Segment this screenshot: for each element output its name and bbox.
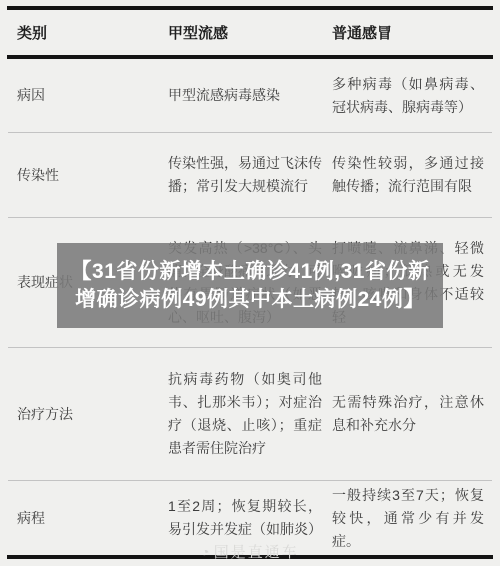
watermark-text: 国是直通车 — [214, 541, 299, 562]
table-row-infectivity: 传染性 传染性强，易通过飞沫传播；常引发大规模流行 传染性较弱，多通过接触传播；… — [8, 133, 492, 218]
row-label: 传染性 — [8, 164, 168, 187]
cold-cell: 多种病毒（如鼻病毒、冠状病毒、腺病毒等） — [328, 73, 492, 119]
table-row-cause: 病因 甲型流感病毒感染 多种病毒（如鼻病毒、冠状病毒、腺病毒等） — [8, 59, 492, 133]
flu-cell: 甲型流感病毒感染 — [168, 84, 328, 107]
flu-cell: 传染性强，易通过飞沫传播；常引发大规模流行 — [168, 152, 328, 198]
header-category: 类别 — [8, 22, 168, 43]
table-header-row: 类别 甲型流感 普通感冒 — [8, 10, 492, 55]
row-label: 治疗方法 — [8, 403, 168, 426]
row-label: 病程 — [8, 507, 168, 530]
news-headline-text: 【31省份新增本土确诊41例,31省份新增确诊病例49例其中本土病例24例】 — [63, 258, 437, 314]
watermark: ◔ 国是直通车 — [0, 541, 500, 562]
table-row-treatment: 治疗方法 抗病毒药物（如奥司他韦、扎那米韦）；对症治疗（退烧、止咳）；重症患者需… — [8, 348, 492, 481]
header-cold: 普通感冒 — [328, 22, 492, 43]
infographic-comparison-table: 类别 甲型流感 普通感冒 病因 甲型流感病毒感染 多种病毒（如鼻病毒、冠状病毒、… — [0, 0, 500, 566]
news-headline-overlay: 【31省份新增本土确诊41例,31省份新增确诊病例49例其中本土病例24例】 — [57, 243, 443, 328]
cold-cell: 无需特殊治疗，注意休息和补充水分 — [328, 391, 492, 437]
flu-cell: 抗病毒药物（如奥司他韦、扎那米韦）；对症治疗（退烧、止咳）；重症患者需住院治疗 — [168, 368, 328, 460]
flu-cell: 1至2周；恢复期较长，易引发并发症（如肺炎） — [168, 495, 328, 541]
watermark-logo-icon: ◔ — [199, 543, 211, 561]
header-flu: 甲型流感 — [168, 22, 328, 43]
cold-cell: 传染性较弱，多通过接触传播；流行范围有限 — [328, 152, 492, 198]
row-label: 病因 — [8, 84, 168, 107]
